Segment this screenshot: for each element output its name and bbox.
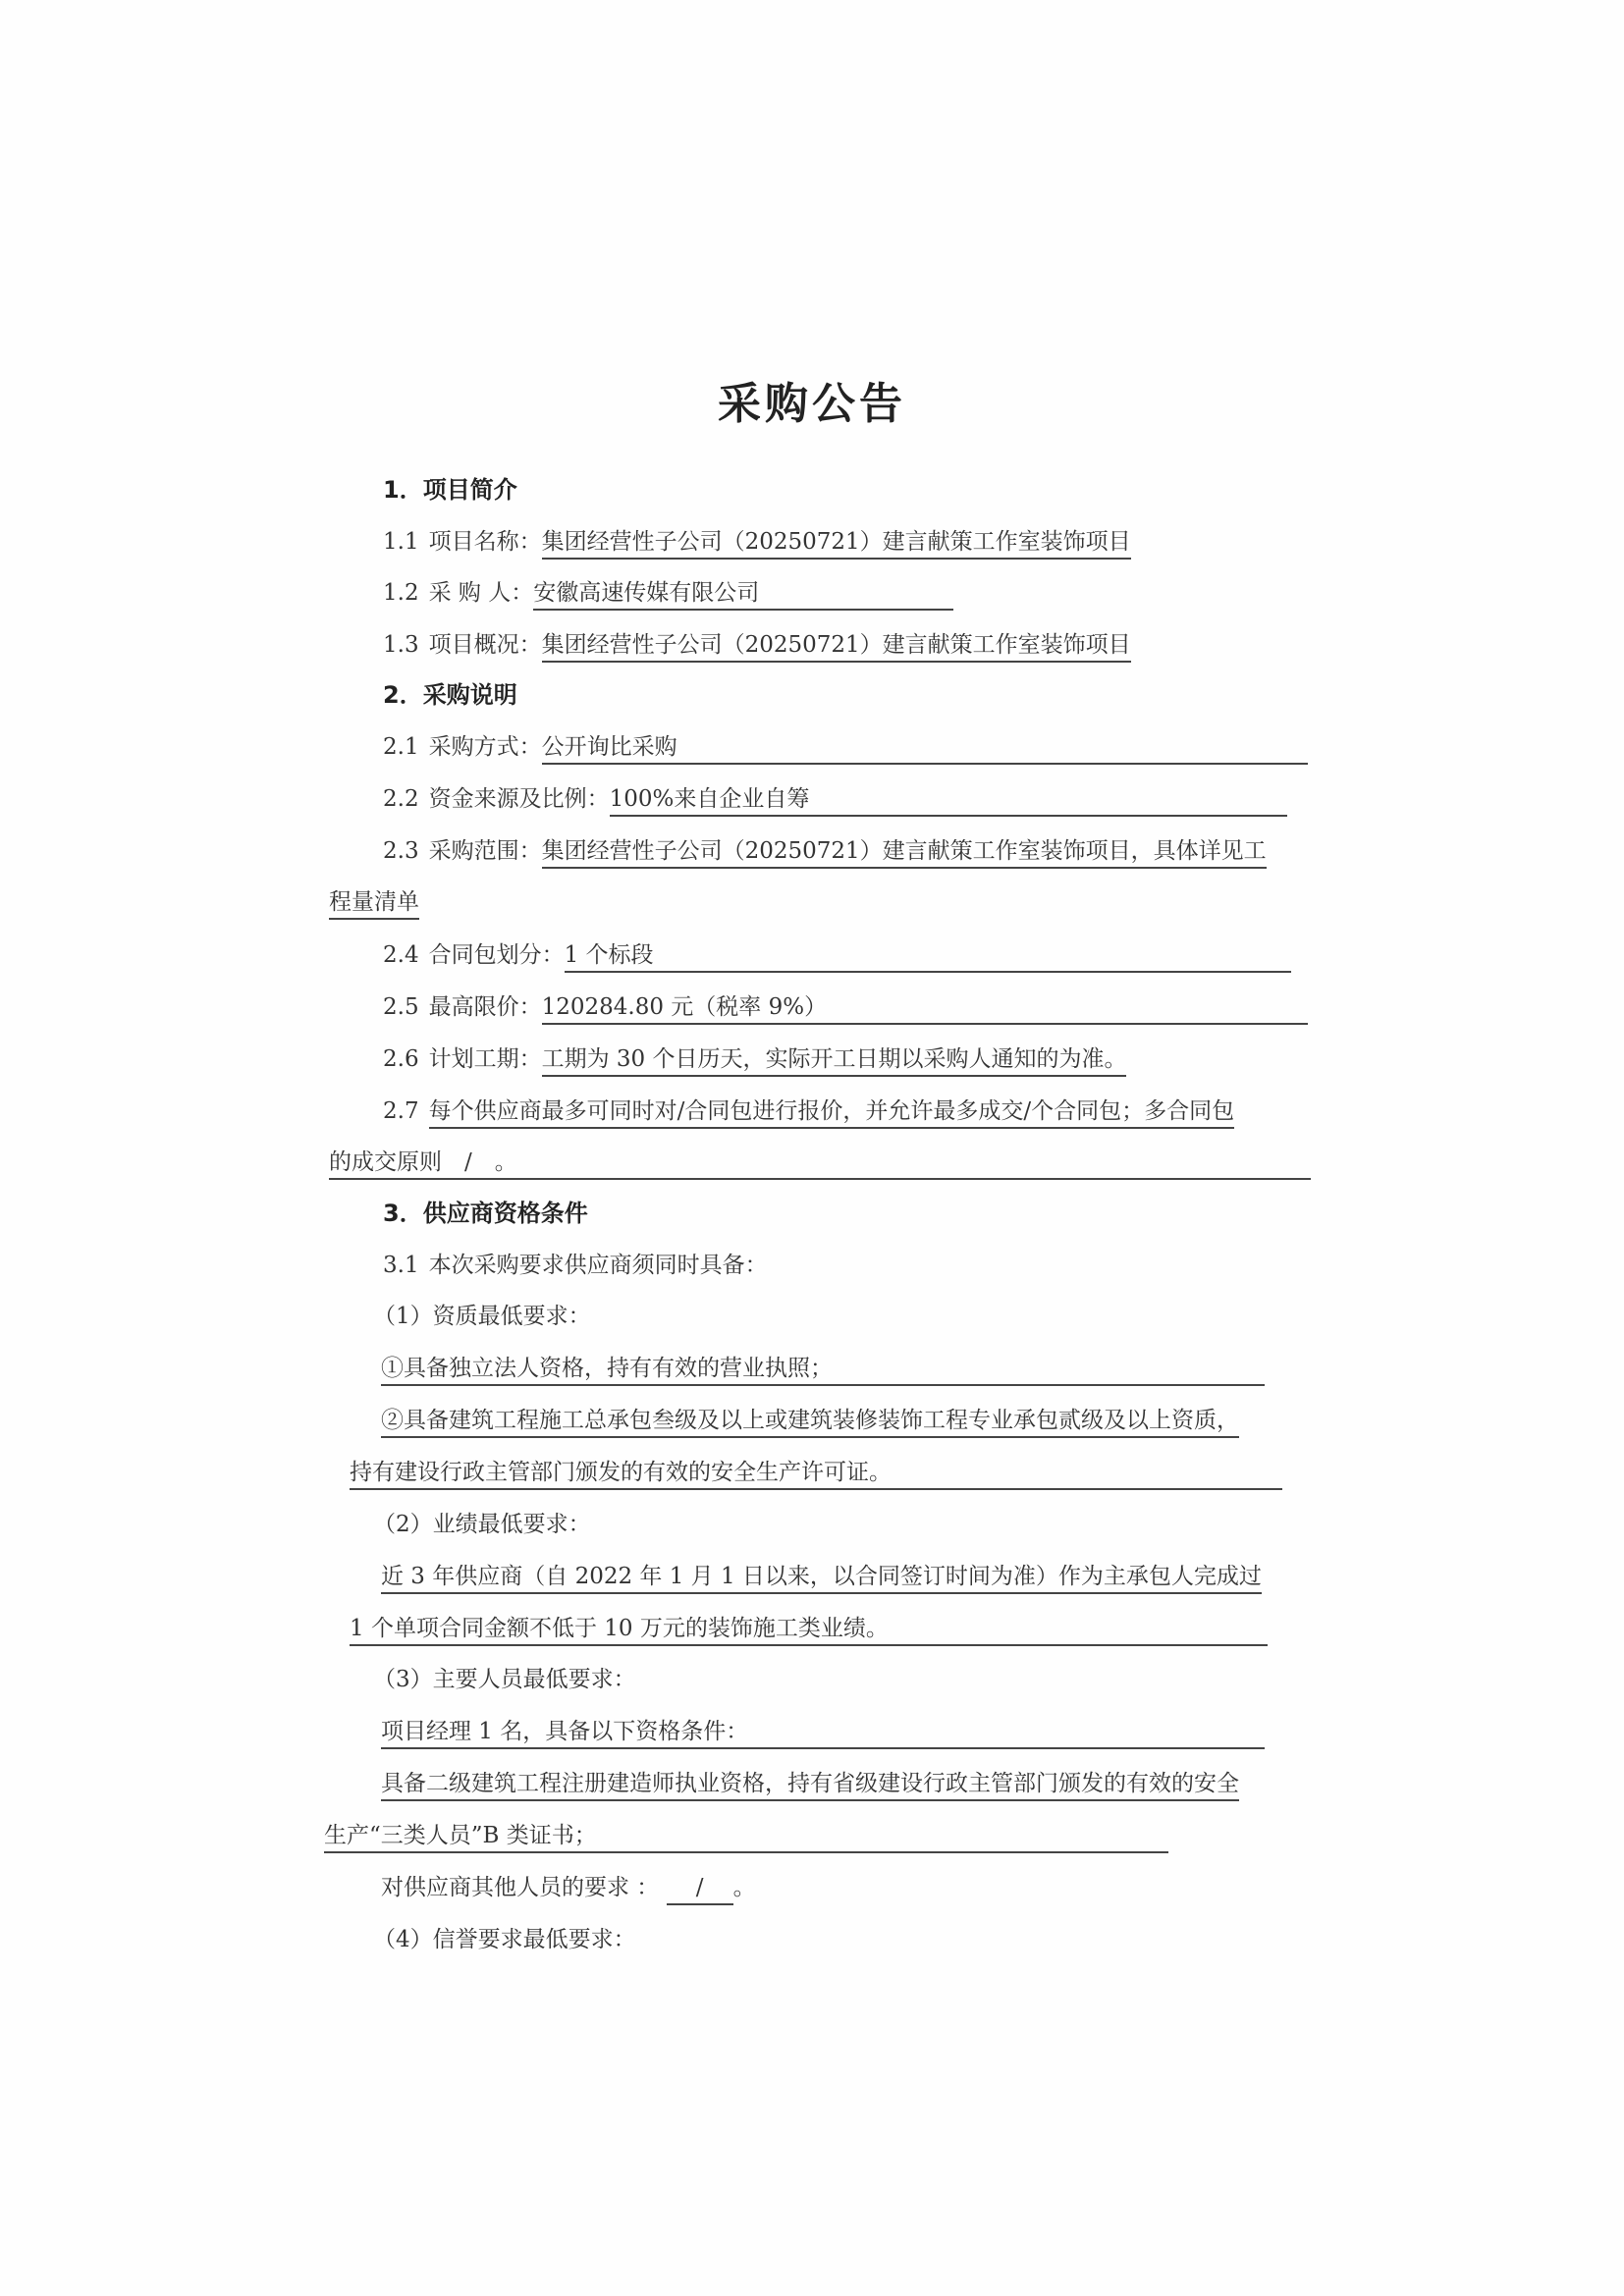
item-3-1: 3.1本次采购要求供应商须同时具备： — [383, 1250, 768, 1281]
section-heading-2: 2．采购说明 — [383, 679, 517, 711]
item-2-3-continued: 程量清单 — [329, 886, 419, 920]
item-label: 采购方式： — [429, 734, 542, 760]
item-value: 安徽高速传媒有限公司 — [533, 577, 953, 611]
item-1-1: 1.1项目名称：集团经营性子公司（20250721）建言献策工作室装饰项目 — [383, 526, 1131, 560]
item-number: 3.1 — [383, 1250, 419, 1281]
other-personnel-label: 对供应商其他人员的要求 ： — [381, 1875, 659, 1900]
item-number: 2.1 — [383, 731, 419, 763]
personnel-line-1: 项目经理 1 名，具备以下资格条件： — [381, 1716, 1265, 1749]
item-number: 2.2 — [383, 783, 419, 815]
item-text: 本次采购要求供应商须同时具备： — [429, 1253, 768, 1278]
qualification-line-1: ①具备独立法人资格，持有有效的营业执照； — [381, 1353, 1265, 1386]
item-value: 1 个标段 — [565, 939, 1291, 973]
item-label: 计划工期： — [429, 1046, 542, 1072]
section-heading-3: 3．供应商资格条件 — [383, 1198, 588, 1229]
sub-heading-1: （1）资质最低要求： — [373, 1301, 591, 1332]
item-label: 采购范围： — [429, 838, 542, 864]
item-number: 1.3 — [383, 629, 419, 661]
item-2-1: 2.1采购方式：公开询比采购 — [383, 731, 1308, 765]
item-value: 集团经营性子公司（20250721）建言献策工作室装饰项目 — [542, 526, 1131, 560]
qualification-line-3: 持有建设行政主管部门颁发的有效的安全生产许可证。 — [350, 1457, 1282, 1490]
item-number: 1.1 — [383, 526, 419, 558]
item-value-continued: 程量清单 — [329, 886, 419, 920]
item-value: 120284.80 元（税率 9%） — [542, 991, 1308, 1025]
item-value: 每个供应商最多可同时对/合同包进行报价，并允许最多成交/个合同包；多合同包 — [429, 1095, 1235, 1129]
item-label: 采 购 人： — [429, 580, 534, 606]
document-page: 采购公告 1．项目简介 1.1项目名称：集团经营性子公司（20250721）建言… — [0, 0, 1624, 2296]
performance-line-1: 近 3 年供应商（自 2022 年 1 月 1 日以来，以合同签订时间为准）作为… — [381, 1561, 1262, 1594]
item-2-7: 2.7每个供应商最多可同时对/合同包进行报价，并允许最多成交/个合同包；多合同包 — [383, 1095, 1234, 1129]
performance-line-2: 1 个单项合同金额不低于 10 万元的装饰施工类业绩。 — [350, 1613, 1268, 1646]
item-value: 100%来自企业自筹 — [610, 783, 1287, 817]
sub-heading-4: （4）信誉要求最低要求： — [373, 1924, 636, 1955]
item-2-4: 2.4合同包划分：1 个标段 — [383, 939, 1291, 973]
other-personnel-line: 对供应商其他人员的要求 ： /。 — [381, 1872, 756, 1905]
other-personnel-value: / — [667, 1872, 733, 1905]
sub-heading-3: （3）主要人员最低要求： — [373, 1664, 636, 1695]
qualification-line-2: ②具备建筑工程施工总承包叁级及以上或建筑装修装饰工程专业承包贰级及以上资质， — [381, 1405, 1239, 1438]
sub-heading-2: （2）业绩最低要求： — [373, 1509, 591, 1540]
item-2-7-continued: 的成交原则 / 。 — [329, 1147, 1311, 1180]
item-value: 工期为 30 个日历天，实际开工日期以采购人通知的为准。 — [542, 1043, 1127, 1077]
section-heading-1: 1．项目简介 — [383, 474, 517, 506]
item-1-2: 1.2采 购 人：安徽高速传媒有限公司 — [383, 577, 953, 611]
item-number: 2.6 — [383, 1043, 419, 1075]
item-2-3: 2.3采购范围：集团经营性子公司（20250721）建言献策工作室装饰项目，具体… — [383, 835, 1267, 869]
item-number: 2.4 — [383, 939, 419, 971]
item-label: 最高限价： — [429, 994, 542, 1020]
item-value: 公开询比采购 — [542, 731, 1308, 765]
document-title: 采购公告 — [0, 368, 1624, 431]
personnel-line-3: 生产“三类人员”B 类证书； — [324, 1820, 1168, 1853]
item-label: 资金来源及比例： — [429, 786, 610, 812]
personnel-line-2: 具备二级建筑工程注册建造师执业资格，持有省级建设行政主管部门颁发的有效的安全 — [381, 1768, 1239, 1801]
item-1-3: 1.3项目概况：集团经营性子公司（20250721）建言献策工作室装饰项目 — [383, 629, 1131, 663]
item-label: 项目名称： — [429, 529, 542, 555]
item-value: 集团经营性子公司（20250721）建言献策工作室装饰项目，具体详见工 — [542, 835, 1267, 869]
item-label: 合同包划分： — [429, 942, 565, 968]
item-number: 1.2 — [383, 577, 419, 609]
item-number: 2.7 — [383, 1095, 419, 1127]
item-value: 集团经营性子公司（20250721）建言献策工作室装饰项目 — [542, 629, 1131, 663]
item-number: 2.3 — [383, 835, 419, 867]
item-label: 项目概况： — [429, 632, 542, 658]
item-number: 2.5 — [383, 991, 419, 1023]
other-personnel-end: 。 — [733, 1875, 756, 1900]
item-2-6: 2.6计划工期：工期为 30 个日历天，实际开工日期以采购人通知的为准。 — [383, 1043, 1126, 1077]
item-2-2: 2.2资金来源及比例：100%来自企业自筹 — [383, 783, 1287, 817]
item-value-continued: 的成交原则 / 。 — [329, 1147, 1311, 1180]
item-2-5: 2.5最高限价：120284.80 元（税率 9%） — [383, 991, 1308, 1025]
